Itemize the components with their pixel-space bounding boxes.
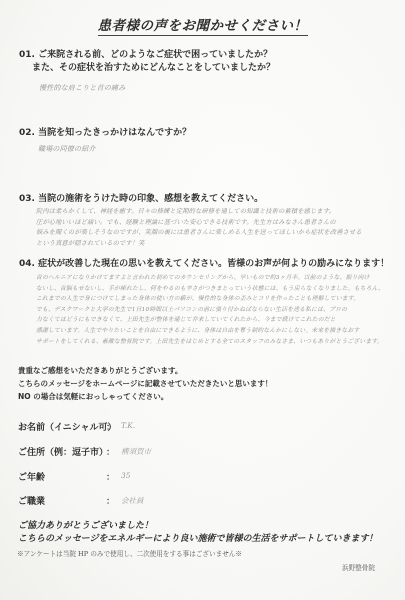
- field-value-address: 横須賀市: [121, 446, 151, 457]
- question-number: 04.: [19, 259, 35, 269]
- closing-line: こちらのメッセージをエネルギーにより良い施術で皆様の生活をサポートしていきます！: [18, 533, 377, 546]
- answer-line: 悩みを聞くのが楽しそうなのですが、笑顔の裏には患者さんに楽しめる人生を送ってほし…: [36, 228, 362, 239]
- question-text: 症状が改善した現在の思いを教えてください。皆様のお声が何よりの励みになります！: [38, 259, 389, 269]
- title-text: 患者様の声をお聞かせください！: [98, 14, 308, 36]
- question-number: 01.: [19, 50, 35, 60]
- field-colon: ：: [106, 494, 115, 507]
- answer-line: という真意が隠されているのです！笑: [36, 239, 362, 250]
- closing-message: ご協力ありがとうございました！ こちらのメッセージをエネルギーにより良い施術で皆…: [18, 520, 377, 546]
- answer-line: 感謝しています。人生でやりたいことを自由にできるように、身体は自由を奪う制約なん…: [36, 326, 384, 337]
- answer-2: 職場の同僚の紹介: [38, 144, 96, 155]
- answer-1: 慢性的な肩こりと首の痛み: [39, 83, 125, 94]
- answer-line: でも、デスクワークと大学の先生で1日10時間以上パソコンの前に張り付かねばならな…: [36, 305, 384, 316]
- question-4: 04. 症状が改善した現在の思いを教えてください。皆様のお声が何よりの励みになり…: [19, 258, 389, 271]
- field-value-name: T.K.: [121, 421, 135, 430]
- question-1: 01. ご来院される前、どのようなご症状で困っていましたか？ また、その症状を治…: [19, 49, 275, 75]
- thanks-line: こちらのメッセージをホームページに記載させていただきたいと思います！: [18, 377, 272, 390]
- answer-line: 職場の同僚の紹介: [38, 144, 96, 155]
- field-label-name: お名前（イニシャル可）: [18, 420, 116, 433]
- answer-line: これまでの人生で身につけてしまった身体の使い方の癖が、慢性的な身体の歪みとコリを…: [36, 294, 384, 305]
- field-colon: ：: [106, 445, 115, 458]
- questionnaire-page: 患者様の声をお聞かせください！ 01. ご来院される前、どのようなご症状で困って…: [0, 0, 405, 600]
- question-text: 当院の施術をうけた時の印象、感想を教えてください。: [38, 194, 263, 204]
- answer-line: 慢性的な肩こりと首の痛み: [39, 83, 125, 94]
- question-3: 03. 当院の施術をうけた時の印象、感想を教えてください。: [19, 193, 263, 206]
- answer-line: サポートをしてくれる、素敵な整骨院です。上田先生をはじめとする全てのスタッフのみ…: [36, 337, 384, 348]
- answer-4: 首のヘルニアになりかけてますよと言われた初めてのカウンセリングから、早いもので約…: [36, 273, 384, 347]
- question-number: 02.: [19, 128, 35, 138]
- question-text: 当院を知ったきっかけはなんですか？: [38, 128, 191, 138]
- field-value-age: 35: [121, 471, 131, 480]
- answer-line: ないし、首脳もせないし、手が痺れたし、何をやるのも辛さがつきまとっていう状態には…: [36, 284, 384, 295]
- thanks-line: 貴重なご感想をいただきありがとうございます。: [18, 364, 272, 377]
- page-title: 患者様の声をお聞かせください！: [0, 14, 405, 36]
- question-text-line2: また、その症状を治すためにどんなことをしていましたか？: [19, 62, 275, 75]
- field-colon: ：: [106, 420, 115, 433]
- field-label-age: ご年齢: [18, 470, 45, 483]
- clinic-name: 浜野整骨院: [342, 562, 375, 572]
- field-label-occupation: ご職業: [18, 494, 45, 507]
- answer-line: 首のヘルニアになりかけてますよと言われた初めてのカウンセリングから、早いもので約…: [36, 273, 384, 284]
- answer-line: 圧が心地いいほど痛い。でも、経験と理論に基づいた安心できる技術です。先生方はみな…: [36, 218, 362, 229]
- field-label-address: ご住所（例：逗子市）: [18, 445, 108, 458]
- question-2: 02. 当院を知ったきっかけはなんですか？: [19, 127, 191, 140]
- usage-note: ※アンケートは当院 HP のみで使用し、二次使用をする事はございません※: [17, 548, 242, 558]
- thanks-paragraph: 貴重なご感想をいただきありがとうございます。 こちらのメッセージをホームページに…: [18, 364, 272, 403]
- thanks-line: NO の場合は気軽におっしゃってください。: [18, 390, 272, 403]
- answer-line: 力なくてはどうにもできなくて、上田先生が整体を通じて弁来していてくれたから、今ま…: [36, 315, 384, 326]
- field-value-occupation: 会社員: [121, 495, 144, 506]
- field-colon: ：: [106, 470, 115, 483]
- question-text: ご来院される前、どのようなご症状で困っていましたか？: [38, 50, 272, 60]
- question-number: 03.: [19, 194, 35, 204]
- answer-3: 院内は柔らかくして、神経を癒す。日々の修練と定期的な研修を通しての知識と技術の蓄…: [36, 207, 362, 249]
- closing-line: ご協力ありがとうございました！: [18, 520, 377, 533]
- answer-line: 院内は柔らかくして、神経を癒す。日々の修練と定期的な研修を通しての知識と技術の蓄…: [36, 207, 362, 218]
